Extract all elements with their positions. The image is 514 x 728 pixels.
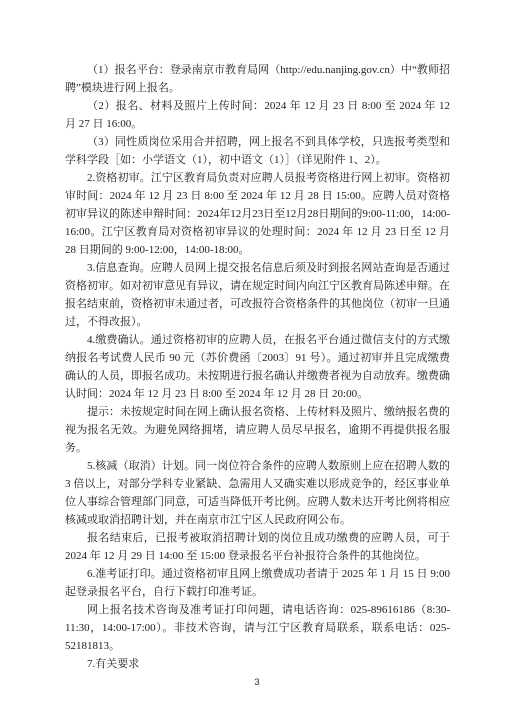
document-body: （1）报名平台：登录南京市教育局网（http://edu.nanjing.gov… — [65, 61, 450, 673]
paragraph: 2.资格初审。江宁区教育局负责对应聘人员报考资格进行网上初审。资格初审时间：20… — [65, 169, 450, 259]
page-number: 3 — [254, 677, 259, 688]
paragraph: （3）同性质岗位采用合并招聘，网上报名不到具体学校，只选报考类型和学科学段［如：… — [65, 133, 450, 169]
paragraph: 网上报名技术咨询及准考证打印问题，请电话咨询：025-89616186（8:30… — [65, 601, 450, 655]
paragraph: 5.核减（取消）计划。同一岗位符合条件的应聘人数原则上应在招聘人数的 3 倍以上… — [65, 457, 450, 529]
page-footer: 3 — [0, 672, 514, 690]
paragraph: 报名结束后，已报考被取消招聘计划的岗位且成功缴费的应聘人员，可于 2024 年 … — [65, 529, 450, 565]
document-page: （1）报名平台：登录南京市教育局网（http://edu.nanjing.gov… — [0, 0, 514, 728]
paragraph: 6.准考证打印。通过资格初审且网上缴费成功者请于 2025 年 1 月 15 日… — [65, 565, 450, 601]
paragraph: 提示：未按规定时间在网上确认报名资格、上传材料及照片、缴纳报名费的视为报名无效。… — [65, 403, 450, 457]
paragraph: （1）报名平台：登录南京市教育局网（http://edu.nanjing.gov… — [65, 61, 450, 97]
paragraph: （2）报名、材料及照片上传时间：2024 年 12 月 23 日 8:00 至 … — [65, 97, 450, 133]
paragraph: 4.缴费确认。通过资格初审的应聘人员，在报名平台通过微信支付的方式缴纳报名考试费… — [65, 331, 450, 403]
paragraph: 3.信息查询。应聘人员网上提交报名信息后须及时到报名网站查询是否通过资格初审。如… — [65, 259, 450, 331]
paragraph: 7.有关要求 — [65, 655, 450, 673]
